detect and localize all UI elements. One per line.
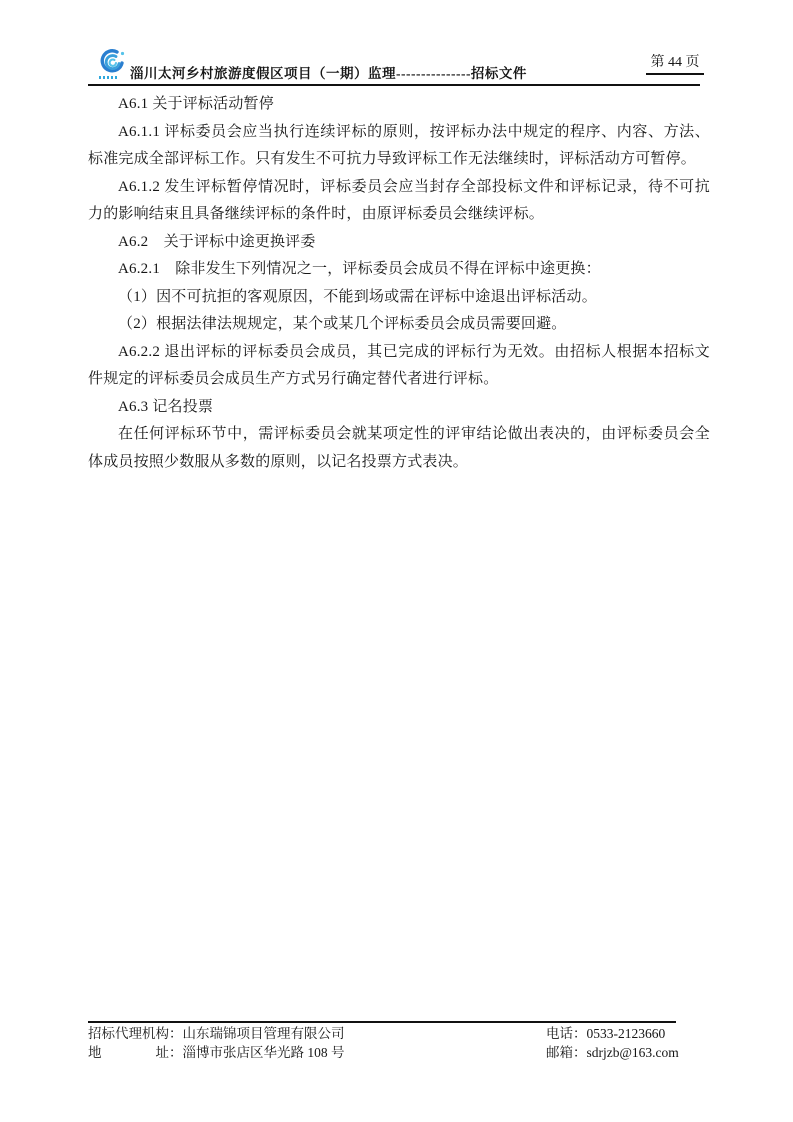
email-label: 邮箱： — [546, 1045, 587, 1060]
paragraph-item-2: （2）根据法律法规规定，某个或某几个评标委员会成员需要回避。 — [88, 311, 710, 339]
paragraph-a6-2-1: A6.2.1 除非发生下列情况之一，评标委员会成员不得在评标中途更换： — [88, 256, 710, 284]
email-value: sdrjzb@163.com — [587, 1045, 679, 1060]
address-value: 淄博市张店区华光路 108 号 — [183, 1045, 345, 1060]
agency-value: 山东瑞锦项目管理有限公司 — [183, 1026, 345, 1041]
footer-rule — [88, 1021, 676, 1023]
phone-value: 0533-2123660 — [587, 1026, 666, 1041]
footer-address-row: 地 址：淄博市张店区华光路 108 号 — [88, 1044, 345, 1063]
agency-label: 招标代理机构： — [88, 1026, 183, 1041]
paragraph-a6-3-body: 在任何评标环节中，需评标委员会就某项定性的评审结论做出表决的，由评标委员会全体成… — [88, 421, 710, 476]
logo-swirl-icon — [97, 49, 127, 75]
header-rule — [88, 84, 700, 86]
company-logo — [97, 49, 129, 83]
paragraph-a6-2-2: A6.2.2 退出评标的评标委员会成员，其已完成的评标行为无效。由招标人根据本招… — [88, 339, 710, 394]
footer-phone-row: 电话：0533-2123660 — [546, 1025, 679, 1044]
page-number: 第 44 页 — [646, 51, 704, 75]
paragraph-a6-1-2: A6.1.2 发生评标暂停情况时，评标委员会应当封存全部投标文件和评标记录，待不… — [88, 174, 710, 229]
phone-label: 电话： — [546, 1026, 587, 1041]
footer-agency-block: 招标代理机构：山东瑞锦项目管理有限公司 地 址：淄博市张店区华光路 108 号 — [88, 1025, 345, 1062]
address-label: 地 址： — [88, 1045, 183, 1060]
paragraph-a6-1: A6.1 关于评标活动暂停 — [88, 91, 710, 119]
footer-contact-block: 电话：0533-2123660 邮箱：sdrjzb@163.com — [546, 1025, 679, 1062]
header-title: 淄川太河乡村旅游度假区项目（一期）监理---------------招标文件 — [130, 62, 527, 82]
footer-agency-row: 招标代理机构：山东瑞锦项目管理有限公司 — [88, 1025, 345, 1044]
logo-subtext-mark — [99, 76, 117, 79]
document-body: A6.1 关于评标活动暂停 A6.1.1 评标委员会应当执行连续评标的原则，按评… — [88, 91, 710, 476]
paragraph-a6-3: A6.3 记名投票 — [88, 394, 710, 422]
paragraph-item-1: （1）因不可抗拒的客观原因，不能到场或需在评标中途退出评标活动。 — [88, 284, 710, 312]
footer-email-row: 邮箱：sdrjzb@163.com — [546, 1044, 679, 1063]
paragraph-a6-2: A6.2 关于评标中途更换评委 — [88, 229, 710, 257]
document-page: 淄川太河乡村旅游度假区项目（一期）监理---------------招标文件 第… — [0, 0, 793, 1122]
paragraph-a6-1-1: A6.1.1 评标委员会应当执行连续评标的原则，按评标办法中规定的程序、内容、方… — [88, 119, 710, 174]
